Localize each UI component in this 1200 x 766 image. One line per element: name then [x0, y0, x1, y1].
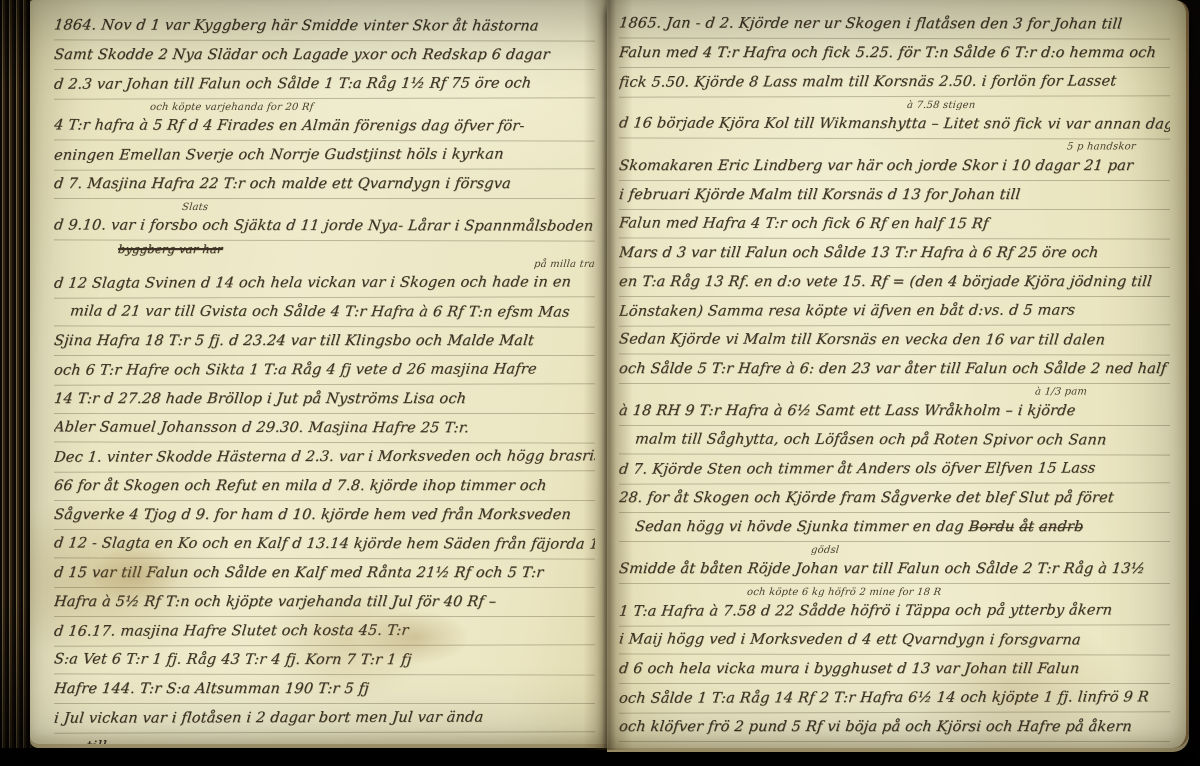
diary-line-text: Hafre 144. T:r S:a Altsumman 190 T:r 5 f… [54, 676, 370, 702]
diary-line-text: 66 for åt Skogen och Refut en mila d 7.8… [54, 473, 548, 499]
diary-line: 28. for åt Skogen och Kjörde fram Sågver… [619, 484, 1170, 513]
diary-line-text: Lönstaken) Samma resa köpte vi äfven en … [619, 298, 1076, 325]
diary-line-text: och Sålde 5 T:r Hafre à 6: den 23 var åt… [619, 356, 1168, 382]
diary-line-text: i Jul vickan var i flotåsen i 2 dagar bo… [54, 705, 485, 732]
diary-line: d 12 Slagta Svinen d 14 och hela vickan … [54, 268, 595, 298]
diary-line: d 2.3 var Johan till Falun och Sålde 1 T… [54, 69, 595, 99]
diary-line-text: d 9.10. var i forsbo och Sjäkta d 11 jor… [54, 212, 595, 239]
diary-line: Dec 1. vinter Skodde Hästerna d 2.3. var… [54, 442, 595, 472]
diary-line: gödsl [619, 541, 1170, 555]
diary-line-text: Sjina Hafra 18 T:r 5 fj. d 23.24 var til… [54, 328, 535, 354]
diary-line: i Maij högg ved i Morksveden d 4 ett Qva… [619, 625, 1170, 655]
diary-line: till [54, 733, 595, 744]
diary-line: à 7.58 stigen [619, 97, 1170, 110]
diary-line-text: i Maij högg ved i Morksveden d 4 ett Qva… [619, 626, 1082, 653]
diary-line-text: och köpte varjehanda for 20 Rf [149, 102, 314, 112]
diary-line: Abler Samuel Johansson d 29.30. Masjina … [54, 413, 595, 443]
diary-line: Falun med Hafra 4 T:r och fick 6 Rf en h… [619, 209, 1170, 239]
diary-line: Smidde åt båten Röjde Johan var till Fal… [619, 555, 1170, 584]
diary-line-text: 28. for åt Skogen och Kjörde fram Sågver… [619, 485, 1115, 511]
diary-line: och köpte 6 kg höfrö 2 mine for 18 R [619, 584, 1170, 597]
diary-line: och Sålde 1 T:a Råg 14 Rf 2 T:r Hafra 6½… [619, 683, 1170, 713]
diary-line-text: och 6 T:r Hafre och Sikta 1 T:a Råg 4 fj… [54, 356, 538, 383]
diary-line: 1 T:a Hafra à 7.58 d 22 Sådde höfrö i Tä… [619, 596, 1170, 626]
diary-line: 4 T:r hafra à 5 Rf d 4 Firades en Almän … [54, 111, 595, 141]
diary-line: Hafra à 5½ Rf T:n och kjöpte varjehanda … [54, 588, 595, 617]
diary-line: Sågverke 4 Tjog d 9. for ham d 10. kjörd… [54, 501, 595, 530]
diary-line: Hafre 144. T:r S:a Altsumman 190 T:r 5 f… [54, 675, 595, 704]
diary-line: 1865. Jan - d 2. Kjörde ner ur Skogen i … [619, 9, 1170, 39]
diary-line-text: Slats [181, 202, 208, 212]
diary-line-text: Skomakaren Eric Lindberg var här och jor… [619, 153, 1135, 179]
diary-line: Skomakaren Eric Lindberg var här och jor… [619, 152, 1170, 181]
diary-line: Mars d 3 var till Falun och Sålde 13 T:r… [619, 239, 1170, 268]
diary-line: Sedan Kjörde vi Malm till Korsnäs en vec… [619, 325, 1170, 355]
diary-line: Samt Skodde 2 Nya Slädar och Lagade yxor… [54, 41, 595, 70]
diary-line: d 7. Kjörde Sten och timmer åt Anders ol… [619, 454, 1170, 484]
diary-line: S:a Vet 6 T:r 1 fj. Råg 43 T:r 4 fj. Kor… [54, 645, 595, 675]
diary-line-text: eningen Emellan Sverje och Norrje Gudstj… [54, 142, 505, 169]
diary-line: d 7. Masjina Hafra 22 T:r och malde ett … [54, 170, 595, 199]
diary-line-text: d 6 och hela vicka mura i bygghuset d 13… [619, 656, 1081, 682]
diary-line: och 6 T:r Hafre och Sikta 1 T:a Råg 4 fj… [54, 355, 595, 385]
page-right-lines: 1865. Jan - d 2. Kjörde ner ur Skogen i … [619, 10, 1170, 742]
diary-line: d 12 - Slagta en Ko och en Kalf d 13.14 … [54, 529, 595, 559]
page-left-lines: 1864. Nov d 1 var Kyggberg här Smidde vi… [54, 12, 595, 744]
page-left-content: 1864. Nov d 1 var Kyggberg här Smidde vi… [30, 0, 607, 744]
diary-line: i februari Kjörde Malm till Korsnäs d 13… [619, 181, 1170, 210]
diary-line-text: 5 p handskor [1066, 141, 1136, 152]
diary-line-text: Mars d 3 var till Falun och Sålde 13 T:r… [619, 240, 1100, 266]
diary-line-text: Sågverke 4 Tjog d 9. for ham d 10. kjörd… [54, 502, 572, 528]
diary-line-text: d 2.3 var Johan till Falun och Sålde 1 T… [54, 70, 533, 97]
diary-line: byggberg var har [54, 241, 595, 256]
diary-line-text: d 16 började Kjöra Kol till Wikmanshytta… [619, 110, 1170, 137]
diary-line-text: d 12 - Slagta en Ko och en Kalf d 13.14 … [54, 530, 595, 557]
diary-line-text: à 1/3 pam [1034, 386, 1087, 397]
diary-line-text: och Sålde 1 T:a Råg 14 Rf 2 T:r Hafra 6½… [619, 684, 1150, 711]
diary-line-text: byggberg var har [117, 243, 223, 256]
diary-photograph: 1864. Nov d 1 var Kyggberg här Smidde vi… [0, 0, 1200, 766]
diary-line: 66 for åt Skogen och Refut en mila d 7.8… [54, 472, 595, 501]
diary-line-text: Falun med 4 T:r Hafra och fick 5.25. för… [619, 40, 1157, 66]
diary-line-text: i februari Kjörde Malm till Korsnäs d 13… [619, 182, 1022, 208]
diary-line: 5 p handskor [619, 138, 1170, 152]
diary-line-text: Falun med Hafra 4 T:r och fick 6 Rf en h… [619, 210, 990, 237]
diary-line-text: 1 T:a Hafra à 7.58 d 22 Sådde höfrö i Tä… [619, 597, 1114, 624]
diary-line-text: och köpte 6 kg höfrö 2 mine for 18 R [746, 587, 941, 597]
page-right-content: 1865. Jan - d 2. Kjörde ner ur Skogen i … [607, 0, 1186, 748]
diary-line: eningen Emellan Sverje och Norrje Gudstj… [54, 140, 595, 170]
diary-line: d 16.17. masjina Hafre Slutet och kosta … [54, 616, 595, 646]
diary-line: à 1/3 pam [619, 383, 1170, 397]
diary-line-text: 14 T:r d 27.28 hade Bröllop i Jut på Nys… [54, 386, 468, 412]
diary-line: 1864. Nov d 1 var Kyggberg här Smidde vi… [54, 11, 595, 41]
diary-line-text: à 7.58 stigen [906, 100, 976, 110]
diary-line-text: och klöfver frö 2 pund 5 Rf vi böja på o… [619, 714, 1133, 740]
diary-line-text: fick 5.50. Kjörde 8 Lass malm till Korsn… [619, 68, 1118, 95]
diary-line-text: Dec 1. vinter Skodde Hästerna d 2.3. var… [54, 443, 595, 471]
diary-line-text: Sedan Kjörde vi Malm till Korsnäs en vec… [619, 326, 1106, 353]
diary-line: på milla trakten [54, 256, 595, 269]
diary-line-text: d 7. Masjina Hafra 22 T:r och malde ett … [54, 171, 512, 197]
diary-line: Falun med 4 T:r Hafra och fick 5.25. för… [619, 39, 1170, 68]
diary-line: en T:a Råg 13 Rf. en d:o vete 15. Rf = (… [619, 268, 1170, 297]
diary-line-text: d 16.17. masjina Hafre Slutet och kosta … [54, 618, 410, 645]
diary-line-text: à 18 RH 9 T:r Hafra à 6½ Samt ett Lass W… [619, 398, 1077, 424]
diary-line-text: d 12 Slagta Svinen d 14 och hela vickan … [54, 269, 572, 296]
diary-line-text: d 15 var till Falun och Sålde en Kalf me… [54, 560, 545, 586]
diary-line-text: en T:a Råg 13 Rf. en d:o vete 15. Rf = (… [619, 269, 1153, 295]
diary-line: Sjina Hafra 18 T:r 5 fj. d 23.24 var til… [54, 327, 595, 356]
diary-line-text: Hafra à 5½ Rf T:n och kjöpte varjehanda … [54, 589, 498, 615]
diary-line: fick 5.50. Kjörde 8 Lass malm till Korsn… [619, 67, 1170, 97]
diary-line: d 9.10. var i forsbo och Sjäkta d 11 jor… [54, 211, 595, 241]
diary-line: och klöfver frö 2 pund 5 Rf vi böja på o… [619, 713, 1170, 742]
diary-line: d 16 började Kjöra Kol till Wikmanshytta… [619, 109, 1170, 139]
diary-line-text: d 7. Kjörde Sten och timmer åt Anders ol… [619, 455, 1097, 482]
diary-line-text: Sedan högg vi hövde Sjunka timmer en dag… [634, 514, 1085, 540]
diary-page-right-1865: 1865. Jan - d 2. Kjörde ner ur Skogen i … [607, 0, 1189, 748]
diary-line-text: 1864. Nov d 1 var Kyggberg här Smidde vi… [54, 12, 540, 39]
diary-line-text: mila d 21 var till Gvista och Sålde 4 T:… [69, 298, 571, 325]
diary-line: Lönstaken) Samma resa köpte vi äfven en … [619, 296, 1170, 326]
diary-line-text: 4 T:r hafra à 5 Rf d 4 Firades en Almän … [54, 112, 526, 139]
diary-line-text: Abler Samuel Johansson d 29.30. Masjina … [54, 414, 471, 441]
diary-page-left-1864: 1864. Nov d 1 var Kyggberg här Smidde vi… [30, 0, 607, 744]
diary-line-text: malm till Såghytta, och Löfåsen och på R… [634, 426, 1108, 453]
diary-line: Sedan högg vi hövde Sjunka timmer en dag… [619, 513, 1170, 542]
diary-line-text: gödsl [810, 545, 839, 556]
diary-line: och Sålde 5 T:r Hafre à 6: den 23 var åt… [619, 355, 1170, 384]
diary-line: 14 T:r d 27.28 hade Bröllop i Jut på Nys… [54, 385, 595, 414]
diary-line: och köpte varjehanda for 20 Rf [54, 99, 595, 112]
diary-line: i Jul vickan var i flotåsen i 2 dagar bo… [54, 703, 595, 733]
diary-line: d 6 och hela vicka mura i bygghuset d 13… [619, 655, 1170, 684]
diary-line: Slats [54, 199, 595, 212]
diary-line-text: till [85, 734, 108, 744]
diary-line-text: Smidde åt båten Röjde Johan var till Fal… [619, 556, 1146, 582]
diary-line-text: Samt Skodde 2 Nya Slädar och Lagade yxor… [54, 42, 551, 68]
diary-line: à 18 RH 9 T:r Hafra à 6½ Samt ett Lass W… [619, 397, 1170, 426]
diary-line-text: S:a Vet 6 T:r 1 fj. Råg 43 T:r 4 fj. Kor… [54, 646, 413, 673]
diary-line: malm till Såghytta, och Löfåsen och på R… [619, 425, 1170, 455]
diary-line-text: 1865. Jan - d 2. Kjörde ner ur Skogen i … [619, 10, 1123, 37]
diary-line: d 15 var till Falun och Sålde en Kalf me… [54, 559, 595, 588]
diary-line: mila d 21 var till Gvista och Sålde 4 T:… [54, 297, 595, 327]
